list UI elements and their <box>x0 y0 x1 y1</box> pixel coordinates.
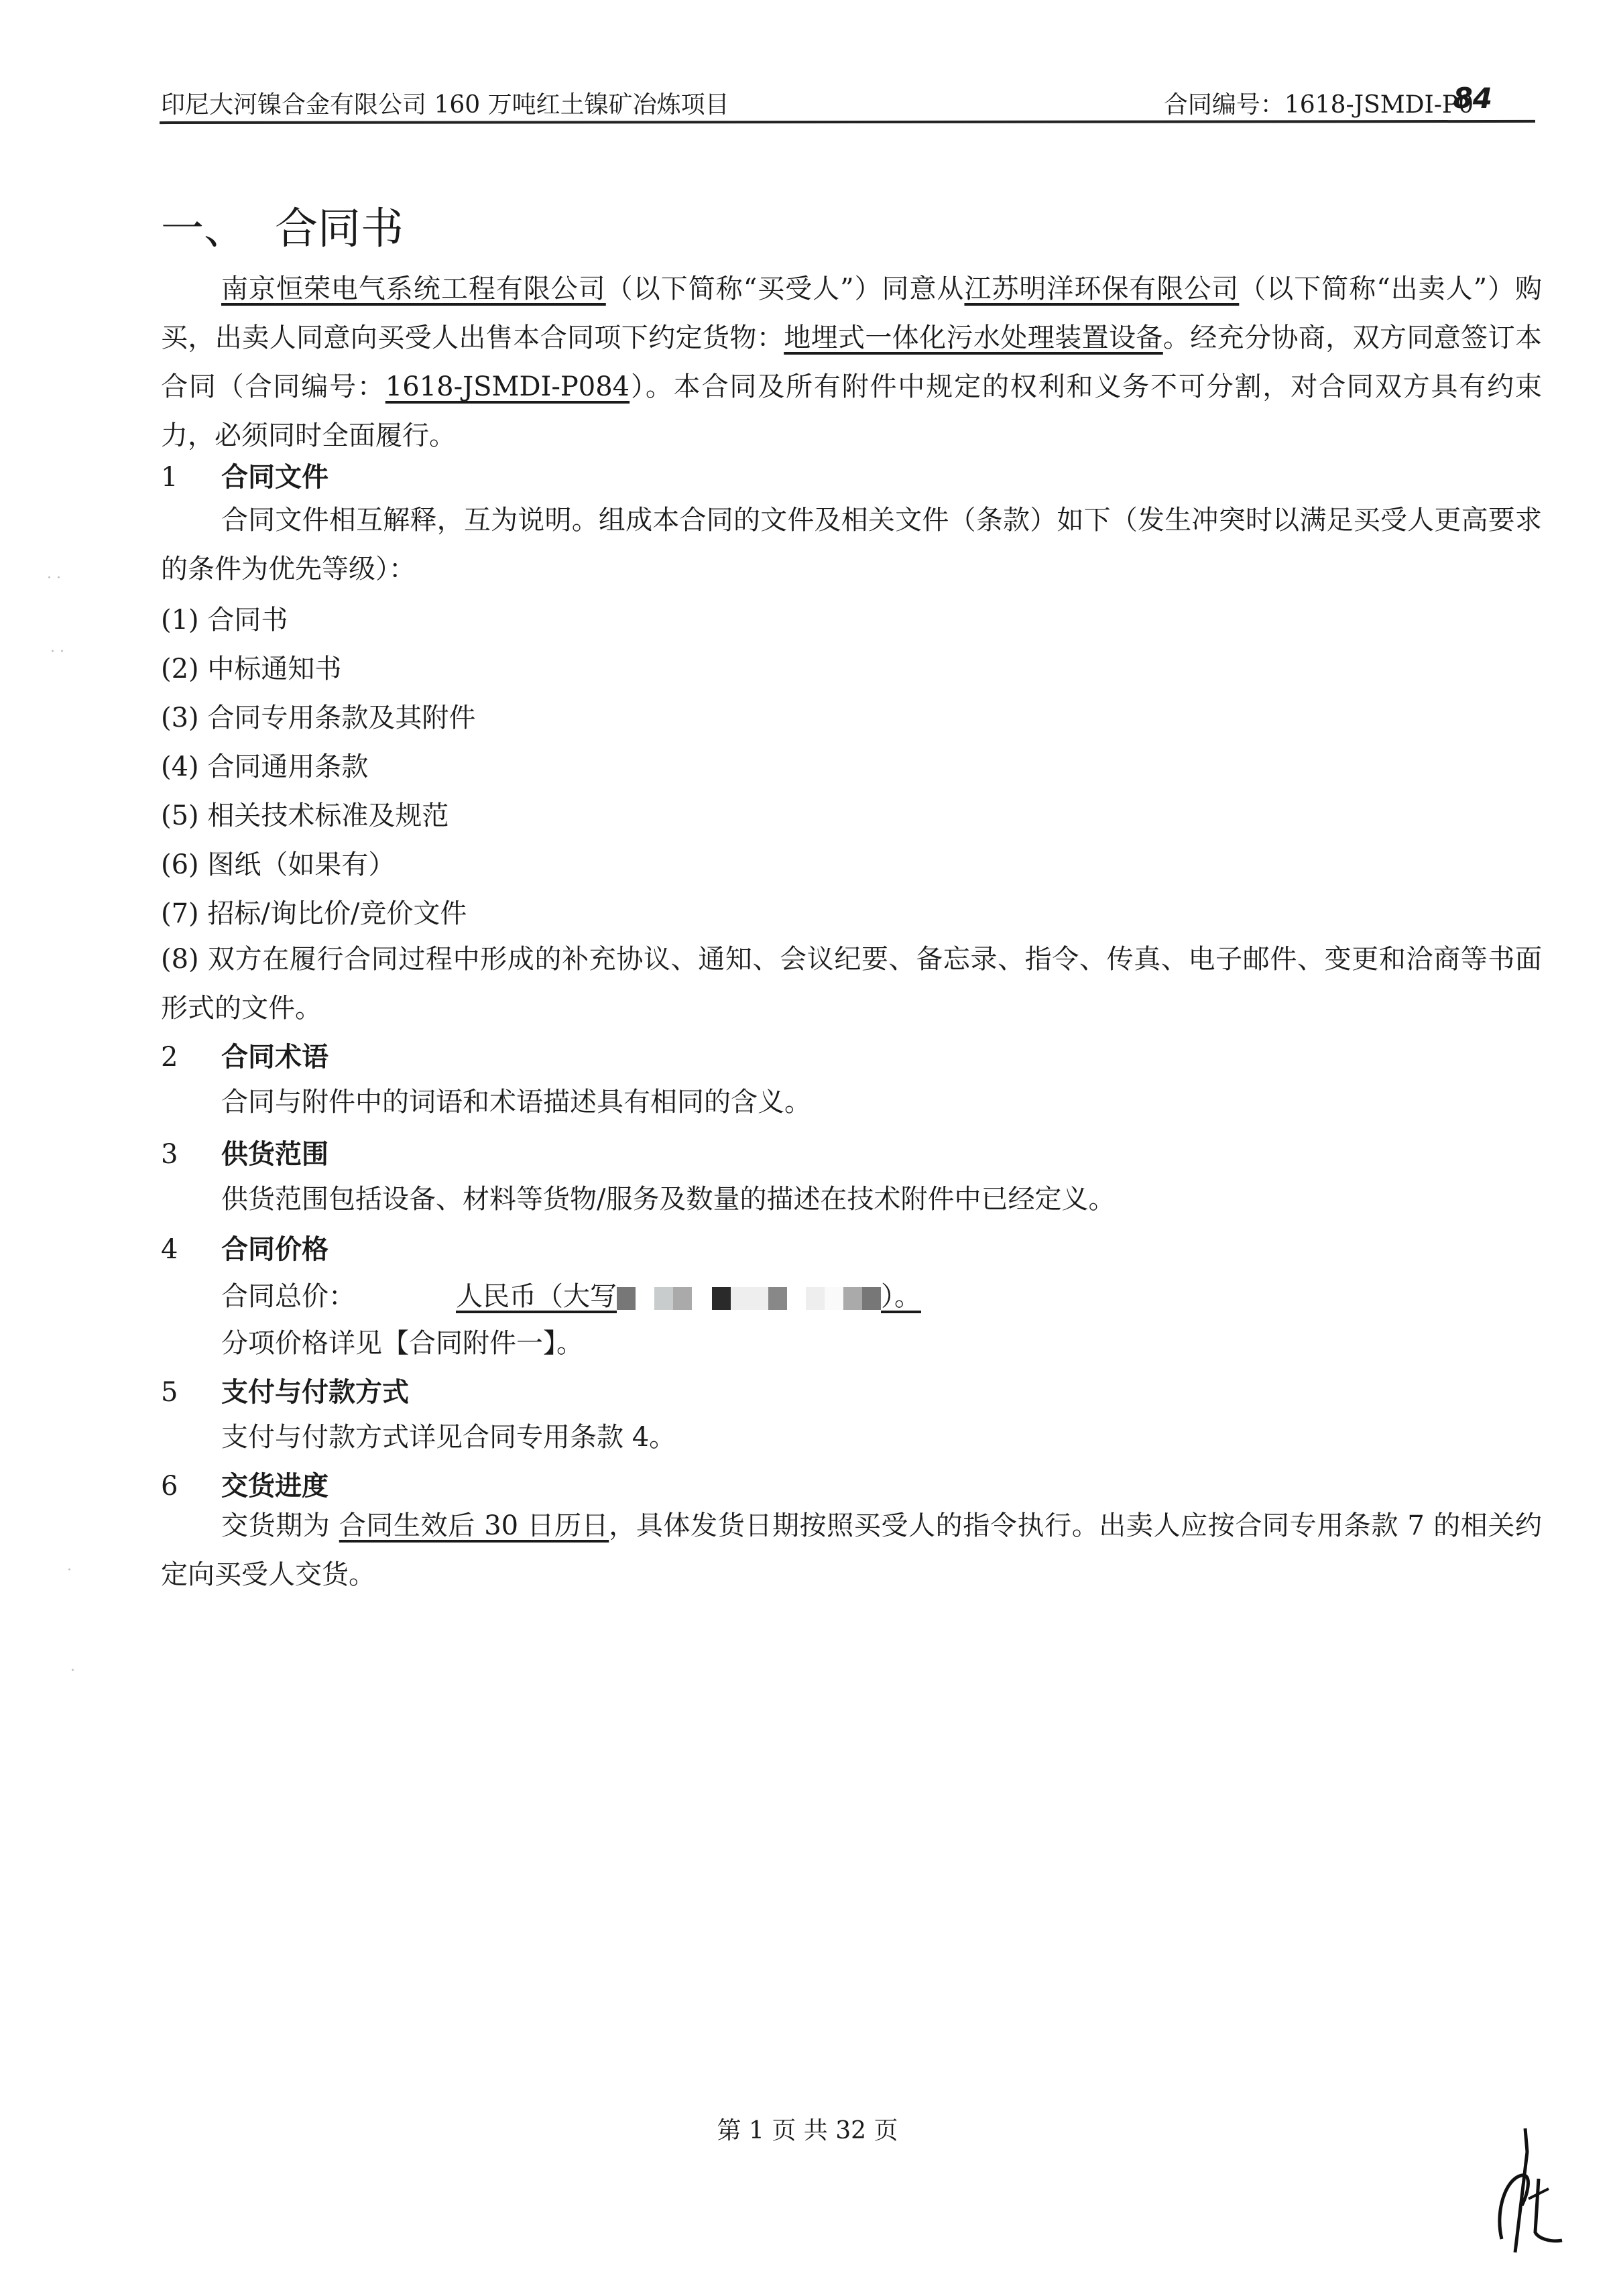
section-6-heading: 6交货进度 <box>161 1465 328 1503</box>
buyer-name: 南京恒荣电气系统工程有限公司 <box>221 274 606 304</box>
section-1-body: 合同文件相互解释，互为说明。组成本合同的文件及相关文件（条款）如下（发生冲突时以… <box>161 496 1542 594</box>
scan-artifact: · · <box>50 644 64 660</box>
section-number: 5 <box>161 1377 221 1408</box>
intro-paragraph: 南京恒荣电气系统工程有限公司（以下简称“买受人”）同意从江苏明洋环保有限公司（以… <box>161 265 1542 461</box>
price-text: 人民币（大写 <box>456 1281 617 1312</box>
section-5-body: 支付与付款方式详见合同专用条款 4。 <box>221 1416 676 1454</box>
list-item: (7) 招标/询比价/竞价文件 <box>161 892 467 930</box>
delivery-period: 合同生效后 30 日历日 <box>339 1510 609 1541</box>
section-number: 3 <box>161 1139 221 1170</box>
contract-number: 1618-JSMDI-P084 <box>385 371 630 402</box>
list-item: (8) 双方在履行合同过程中形成的补充协议、通知、会议纪要、备忘录、指令、传真、… <box>161 935 1542 1033</box>
title-text: 合同书 <box>275 204 404 254</box>
section-title: 交货进度 <box>221 1470 328 1502</box>
list-item: (6) 图纸（如果有） <box>161 843 395 882</box>
project-name: 印尼大河镍合金有限公司 160 万吨红土镍矿冶炼项目 <box>161 86 729 120</box>
price-detail: 分项价格详见【合同附件一】。 <box>221 1322 583 1360</box>
list-item: (3) 合同专用条款及其附件 <box>161 697 475 735</box>
section-title: 合同文件 <box>221 461 328 493</box>
intro-text-1: （以下简称“买受人”）同意从 <box>606 274 965 304</box>
page-header: 印尼大河镍合金有限公司 160 万吨红土镍矿冶炼项目 合同编号：1618-JSM… <box>161 86 1535 122</box>
price-label: 合同总价： <box>221 1281 355 1312</box>
section-title: 合同术语 <box>221 1041 328 1073</box>
header-divider <box>160 120 1535 124</box>
section-number: 6 <box>161 1471 221 1502</box>
redacted-amount <box>617 1281 881 1312</box>
page-title: 一、合同书 <box>161 194 404 256</box>
list-item: (2) 中标通知书 <box>161 648 341 686</box>
list-item: (1) 合同书 <box>161 599 288 637</box>
section-1-heading: 1合同文件 <box>161 456 328 494</box>
scan-artifact: · <box>67 1562 72 1579</box>
page-number: 第 1 页 共 32 页 <box>0 2112 1615 2146</box>
seller-name: 江苏明洋环保有限公司 <box>964 274 1239 304</box>
price-end: ）。 <box>881 1281 921 1312</box>
section-title: 支付与付款方式 <box>221 1376 409 1408</box>
section-number: 4 <box>161 1234 221 1265</box>
section-title: 合同价格 <box>221 1233 328 1265</box>
handwritten-contract-suffix: 84 <box>1453 82 1492 115</box>
section-number: 1 <box>161 462 221 493</box>
delivery-text-1: 交货期为 <box>221 1510 339 1541</box>
section-number: 2 <box>161 1042 221 1073</box>
section-3-heading: 3供货范围 <box>161 1133 328 1171</box>
list-item: (5) 相关技术标准及规范 <box>161 794 448 833</box>
section-2-heading: 2合同术语 <box>161 1036 328 1074</box>
section-title: 供货范围 <box>221 1138 328 1170</box>
signature-icon <box>1475 2125 1569 2259</box>
contract-number-label: 合同编号：1618-JSMDI-P0 <box>1164 86 1474 120</box>
scan-artifact: · · <box>47 570 61 587</box>
scan-artifact: · <box>70 1663 75 1679</box>
contract-price-line: 合同总价：人民币（大写）。 <box>221 1275 921 1313</box>
section-6-body: 交货期为 合同生效后 30 日历日，具体发货日期按照买受人的指令执行。出卖人应按… <box>161 1502 1542 1599</box>
goods-name: 地埋式一体化污水处理装置设备 <box>784 322 1163 353</box>
section-3-body: 供货范围包括设备、材料等货物/服务及数量的描述在技术附件中已经定义。 <box>221 1178 1115 1216</box>
section-4-heading: 4合同价格 <box>161 1228 328 1266</box>
title-number: 一、 <box>161 194 275 256</box>
section-2-body: 合同与附件中的词语和术语描述具有相同的含义。 <box>221 1081 811 1119</box>
list-item: (4) 合同通用条款 <box>161 745 368 784</box>
section-5-heading: 5支付与付款方式 <box>161 1371 409 1409</box>
